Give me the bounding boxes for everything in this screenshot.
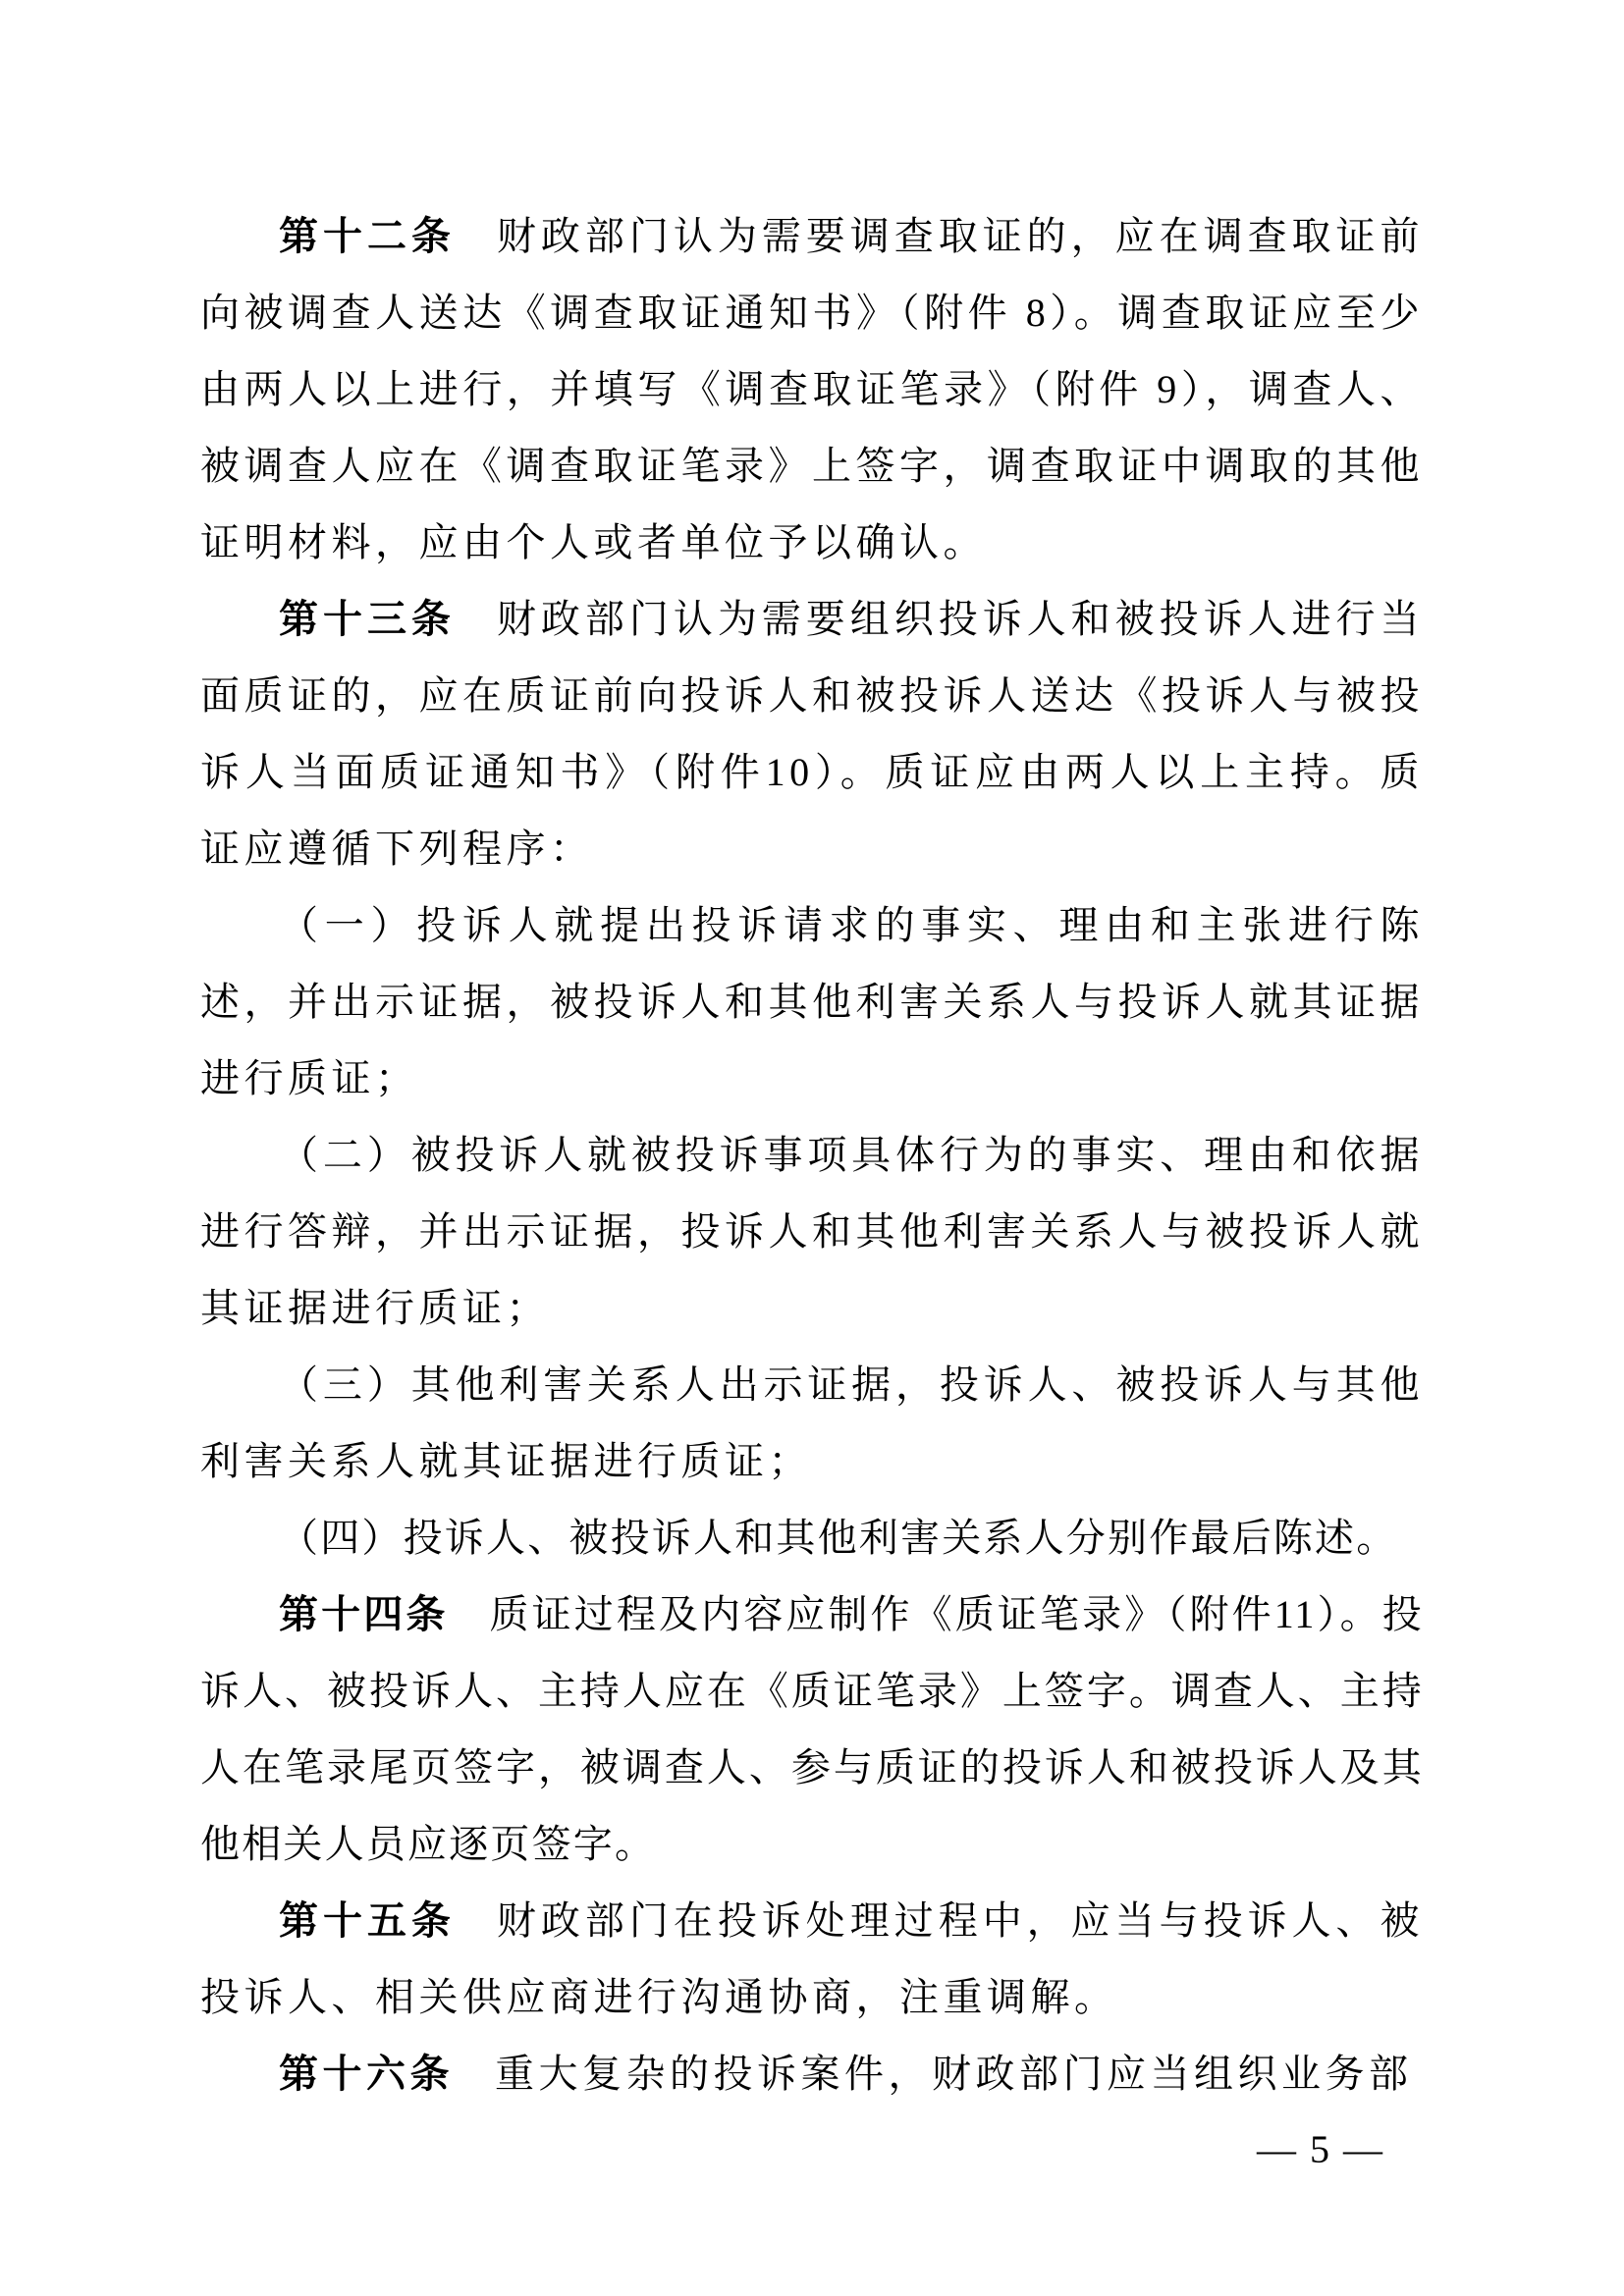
paragraph-text: 重大复杂的投诉案件，财政部门应当组织业务部 xyxy=(495,2052,1413,2096)
article-term: 第十四条 xyxy=(279,1592,448,1636)
article-term: 第十五条 xyxy=(279,1898,456,1943)
text-block: 第十二条财政部门认为需要调查取证的，应在调查取证前向被调查人送达《调查取证通知书… xyxy=(200,198,1424,2112)
paragraph-text: （四）投诉人、被投诉人和其他利害关系人分别作最后陈述。 xyxy=(279,1516,1397,1560)
paragraph-text: 财政部门认为需要调查取证的，应在调查取证前向被调查人送达《调查取证通知书》（附件… xyxy=(200,214,1424,564)
paragraph: （二）被投诉人就被投诉事项具体行为的事实、理由和依据进行答辩，并出示证据，投诉人… xyxy=(200,1117,1424,1347)
page-number: — 5 — xyxy=(1257,2128,1384,2171)
paragraph: （四）投诉人、被投诉人和其他利害关系人分别作最后陈述。 xyxy=(200,1500,1424,1576)
paragraph: （一）投诉人就提出投诉请求的事实、理由和主张进行陈述，并出示证据，被投诉人和其他… xyxy=(200,887,1424,1117)
paragraph-text: （二）被投诉人就被投诉事项具体行为的事实、理由和依据进行答辩，并出示证据，投诉人… xyxy=(200,1133,1424,1330)
paragraph: 第十六条重大复杂的投诉案件，财政部门应当组织业务部 xyxy=(200,2036,1424,2112)
article-term: 第十六条 xyxy=(279,2052,454,2096)
paragraph: 第十四条质证过程及内容应制作《质证笔录》（附件11）。投诉人、被投诉人、主持人应… xyxy=(200,1576,1424,1883)
paragraph-text: （三）其他利害关系人出示证据，投诉人、被投诉人与其他利害关系人就其证据进行质证； xyxy=(200,1362,1424,1483)
document-page: 第十二条财政部门认为需要调查取证的，应在调查取证前向被调查人送达《调查取证通知书… xyxy=(0,0,1624,2296)
article-term: 第十二条 xyxy=(279,214,456,258)
paragraph-text: （一）投诉人就提出投诉请求的事实、理由和主张进行陈述，并出示证据，被投诉人和其他… xyxy=(200,903,1424,1100)
paragraph: （三）其他利害关系人出示证据，投诉人、被投诉人与其他利害关系人就其证据进行质证； xyxy=(200,1347,1424,1500)
paragraph: 第十三条财政部门认为需要组织投诉人和被投诉人进行当面质证的，应在质证前向投诉人和… xyxy=(200,581,1424,887)
article-term: 第十三条 xyxy=(279,597,456,641)
paragraph: 第十二条财政部门认为需要调查取证的，应在调查取证前向被调查人送达《调查取证通知书… xyxy=(200,198,1424,581)
paragraph: 第十五条财政部门在投诉处理过程中，应当与投诉人、被投诉人、相关供应商进行沟通协商… xyxy=(200,1883,1424,2036)
